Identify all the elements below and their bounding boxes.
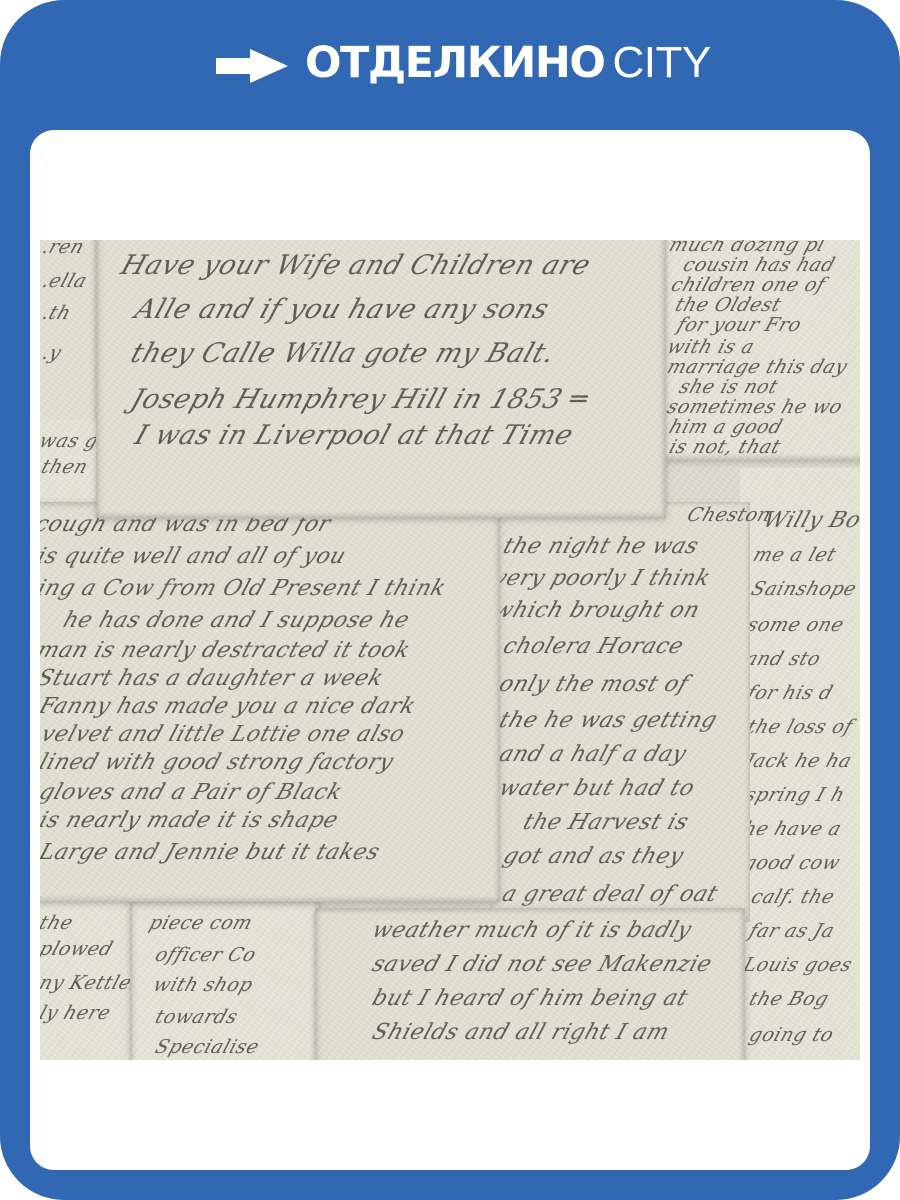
- brand-name-light: CITY: [612, 38, 710, 88]
- paper-top-center: Have your Wife and Children are Alle and…: [96, 240, 666, 518]
- paper-right-column: Willy Bo me a let Sainshope some one and…: [740, 468, 860, 1060]
- brand-logo: ОТДЕЛКИНО CITY: [305, 38, 711, 94]
- arrow-right-icon: [216, 49, 288, 83]
- paper-middle-center: Cheston the night he was very poorly I t…: [490, 502, 750, 922]
- brand-name-bold: ОТДЕЛКИНО: [305, 38, 604, 88]
- product-card: ...ren ...ella ...th ...y much dozing pl…: [30, 130, 870, 1170]
- product-photo: ...ren ...ella ...th ...y much dozing pl…: [40, 240, 860, 1060]
- paper-middle-left: cough and was in bed for is quite well a…: [40, 502, 500, 902]
- paper-bottom-center: piece com officer Co with shop towards S…: [130, 900, 320, 1060]
- brand-header: ОТДЕЛКИНО CITY: [0, 0, 900, 130]
- paper-top-right: much dozing pl cousin has had children o…: [660, 240, 860, 460]
- paper-top-left: ...ren ...ella ...th ...y: [40, 240, 100, 440]
- paper-bottom-right: a great deal of oat weather much of it i…: [315, 908, 745, 1060]
- brand-frame: ОТДЕЛКИНО CITY ...ren ...ella ...th ...y…: [0, 0, 900, 1200]
